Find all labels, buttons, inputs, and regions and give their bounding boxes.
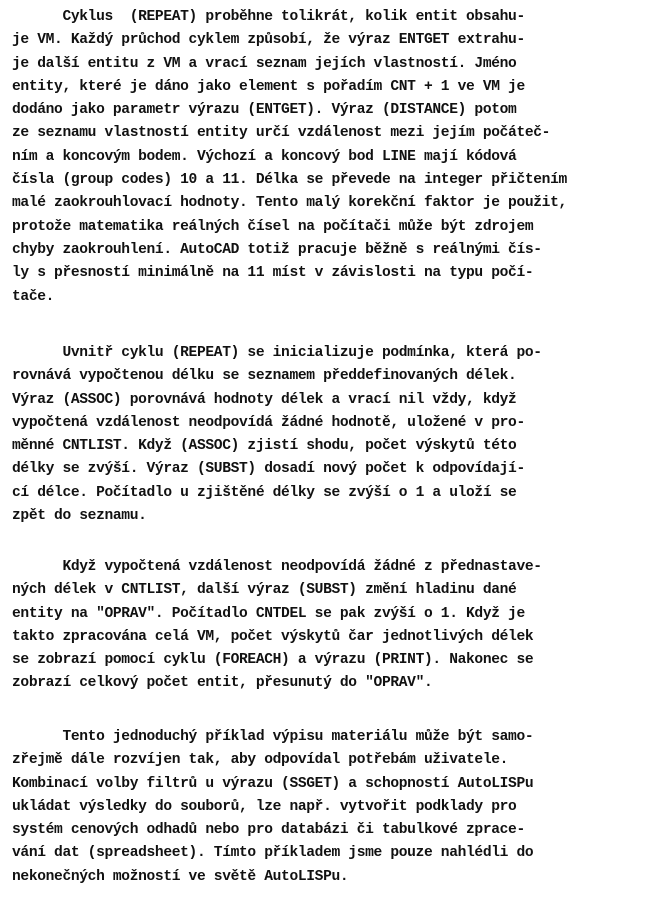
paragraph-subst-layer: Když vypočtená vzdálenost neodpovídá žád… bbox=[12, 556, 662, 696]
text-line: je další entitu z VM a vrací seznam její… bbox=[12, 53, 662, 76]
text-line: měnné CNTLIST. Když (ASSOC) zjistí shodu… bbox=[12, 435, 662, 458]
text-line: ze seznamu vlastností entity určí vzdále… bbox=[12, 122, 662, 145]
text-line: Kombinací volby filtrů u výrazu (SSGET) … bbox=[12, 773, 662, 796]
text-line: cí délce. Počítadlo u zjištěné délky se … bbox=[12, 482, 662, 505]
paragraph-conclusion: Tento jednoduchý příklad výpisu materiál… bbox=[12, 726, 662, 889]
text-line: čísla (group codes) 10 a 11. Délka se př… bbox=[12, 169, 662, 192]
text-line: ukládat výsledky do souborů, lze např. v… bbox=[12, 796, 662, 819]
text-line: ných délek v CNTLIST, další výraz (SUBST… bbox=[12, 579, 662, 602]
text-line: tače. bbox=[12, 286, 662, 309]
text-line: chyby zaokrouhlení. AutoCAD totiž pracuj… bbox=[12, 239, 662, 262]
text-line: zobrazí celkový počet entit, přesunutý d… bbox=[12, 672, 662, 695]
paragraph-repeat-cycle: Cyklus (REPEAT) proběhne tolikrát, kolik… bbox=[12, 6, 662, 309]
text-line: se zobrazí pomocí cyklu (FOREACH) a výra… bbox=[12, 649, 662, 672]
paragraph-assoc-condition: Uvnitř cyklu (REPEAT) se inicializuje po… bbox=[12, 342, 662, 528]
text-line: je VM. Každý průchod cyklem způsobí, že … bbox=[12, 29, 662, 52]
text-line: Výraz (ASSOC) porovnává hodnoty délek a … bbox=[12, 389, 662, 412]
text-line: entity na "OPRAV". Počítadlo CNTDEL se p… bbox=[12, 603, 662, 626]
text-line: takto zpracována celá VM, počet výskytů … bbox=[12, 626, 662, 649]
text-line: Cyklus (REPEAT) proběhne tolikrát, kolik… bbox=[12, 6, 662, 29]
text-line: dodáno jako parametr výrazu (ENTGET). Vý… bbox=[12, 99, 662, 122]
text-line: vypočtená vzdálenost neodpovídá žádné ho… bbox=[12, 412, 662, 435]
text-line: systém cenových odhadů nebo pro databázi… bbox=[12, 819, 662, 842]
text-line: vání dat (spreadsheet). Tímto příkladem … bbox=[12, 842, 662, 865]
text-line: entity, které je dáno jako element s poř… bbox=[12, 76, 662, 99]
document-page: Cyklus (REPEAT) proběhne tolikrát, kolik… bbox=[0, 0, 664, 897]
text-line: protože matematika reálných čísel na poč… bbox=[12, 216, 662, 239]
text-line: Tento jednoduchý příklad výpisu materiál… bbox=[12, 726, 662, 749]
text-line: Když vypočtená vzdálenost neodpovídá žád… bbox=[12, 556, 662, 579]
text-line: zpět do seznamu. bbox=[12, 505, 662, 528]
text-line: Uvnitř cyklu (REPEAT) se inicializuje po… bbox=[12, 342, 662, 365]
text-line: ním a koncovým bodem. Výchozí a koncový … bbox=[12, 146, 662, 169]
text-line: rovnává vypočtenou délku se seznamem pře… bbox=[12, 365, 662, 388]
text-line: délky se zvýší. Výraz (SUBST) dosadí nov… bbox=[12, 458, 662, 481]
text-line: malé zaokrouhlovací hodnoty. Tento malý … bbox=[12, 192, 662, 215]
text-line: zřejmě dále rozvíjen tak, aby odpovídal … bbox=[12, 749, 662, 772]
text-line: ly s přesností minimálně na 11 míst v zá… bbox=[12, 262, 662, 285]
text-line: nekonečných možností ve světě AutoLISPu. bbox=[12, 866, 662, 889]
